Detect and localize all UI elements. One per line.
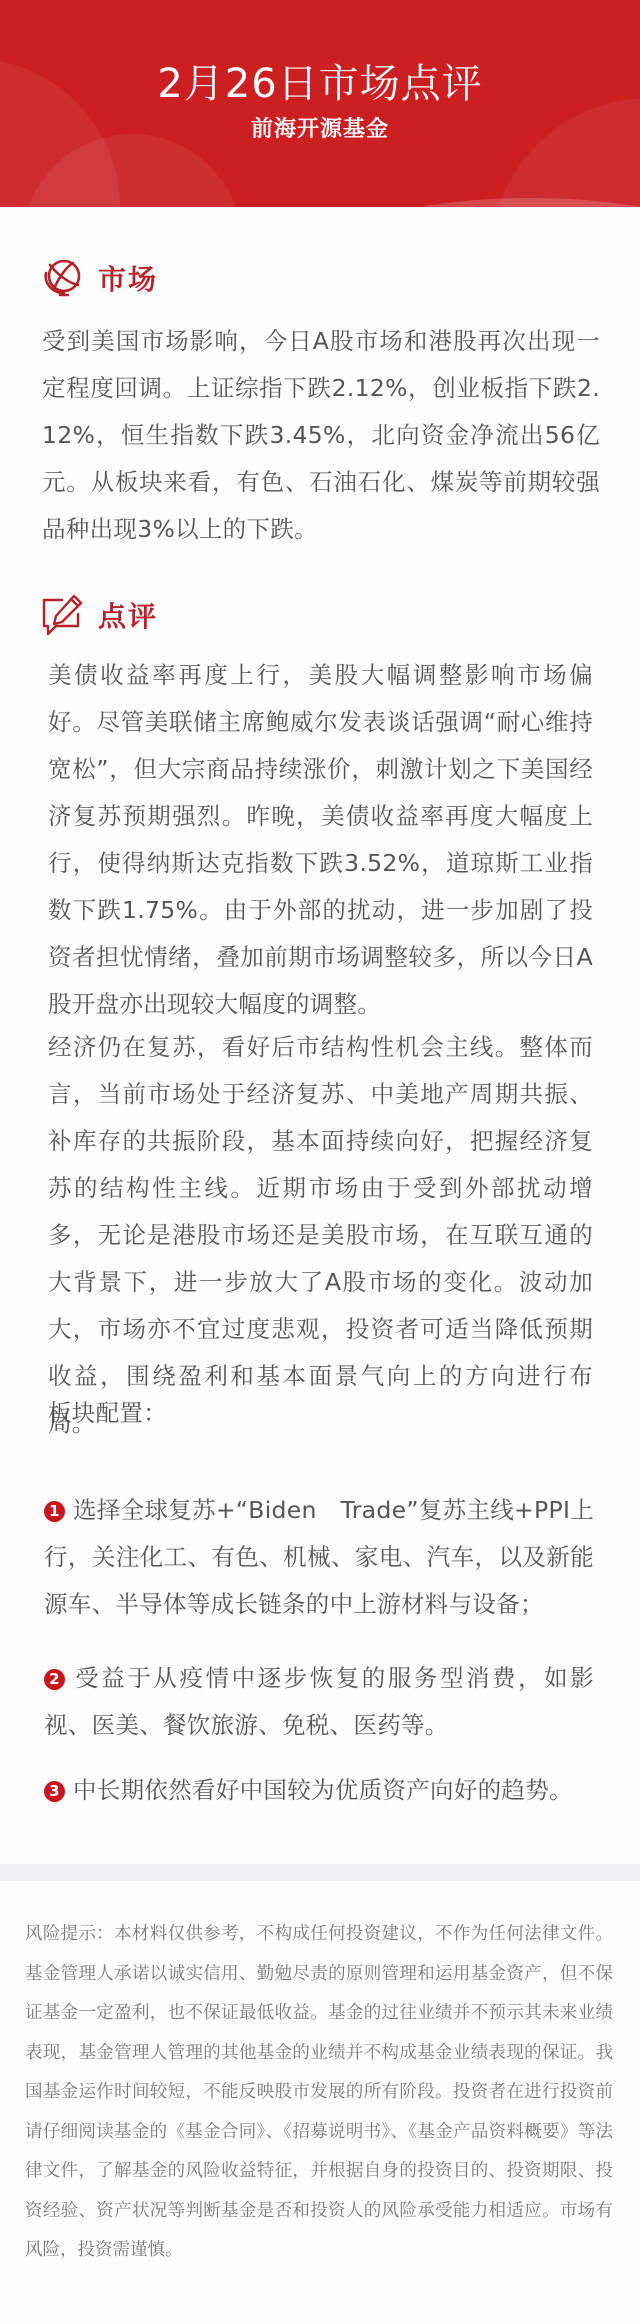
sector-allocation-item: 1选择全球复苏+“Biden Trade”复苏主线+PPI上行，关注化工、有色、…: [44, 1487, 594, 1628]
sector-allocation-item: 2受益于从疫情中逐步恢复的服务型消费，如影视、医美、餐饮旅游、免税、医药等。: [44, 1655, 594, 1749]
sector-allocation-text: 受益于从疫情中逐步恢复的服务型消费，如影视、医美、餐饮旅游、免税、医药等。: [44, 1664, 594, 1739]
market-summary-paragraph: 受到美国市场影响，今日A股市场和港股再次出现一定程度回调。上证综指下跌2.12%…: [42, 318, 600, 553]
pencil-edit-icon: [40, 592, 86, 638]
header-banner: 2月26日市场点评 前海开源基金: [0, 0, 640, 207]
globe-icon: [40, 255, 86, 301]
sector-allocation-text: 中长期依然看好中国较为优质资产向好的趋势。: [73, 1776, 573, 1804]
sector-allocation-item: 3中长期依然看好中国较为优质资产向好的趋势。: [44, 1767, 594, 1814]
risk-disclaimer: 风险提示：本材料仅供参考，不构成任何投资建议，不作为任何法律文件。基金管理人承诺…: [25, 1915, 613, 2271]
number-badge-1: 1: [44, 1501, 65, 1522]
number-badge-2: 2: [44, 1669, 65, 1690]
page-subtitle: 前海开源基金: [0, 114, 640, 146]
section-divider: [0, 1864, 640, 1881]
section-heading-label: 市场: [98, 258, 158, 298]
sector-allocation-text: 选择全球复苏+“Biden Trade”复苏主线+PPI上行，关注化工、有色、机…: [44, 1496, 594, 1618]
commentary-paragraph: 经济仍在复苏，看好后市结构性机会主线。整体而言，当前市场处于经济复苏、中美地产周…: [48, 1024, 593, 1447]
section-heading-label: 点评: [98, 595, 158, 635]
section-heading-commentary: 点评: [40, 592, 158, 638]
commentary-paragraph: 美债收益率再度上行，美股大幅调整影响市场偏好。尽管美联储主席鲍威尔发表谈话强调“…: [48, 652, 593, 1028]
number-badge-3: 3: [44, 1781, 65, 1802]
sector-allocation-heading: 板块配置：: [48, 1390, 593, 1437]
page-title: 2月26日市场点评: [0, 58, 640, 110]
section-heading-market: 市场: [40, 255, 158, 301]
